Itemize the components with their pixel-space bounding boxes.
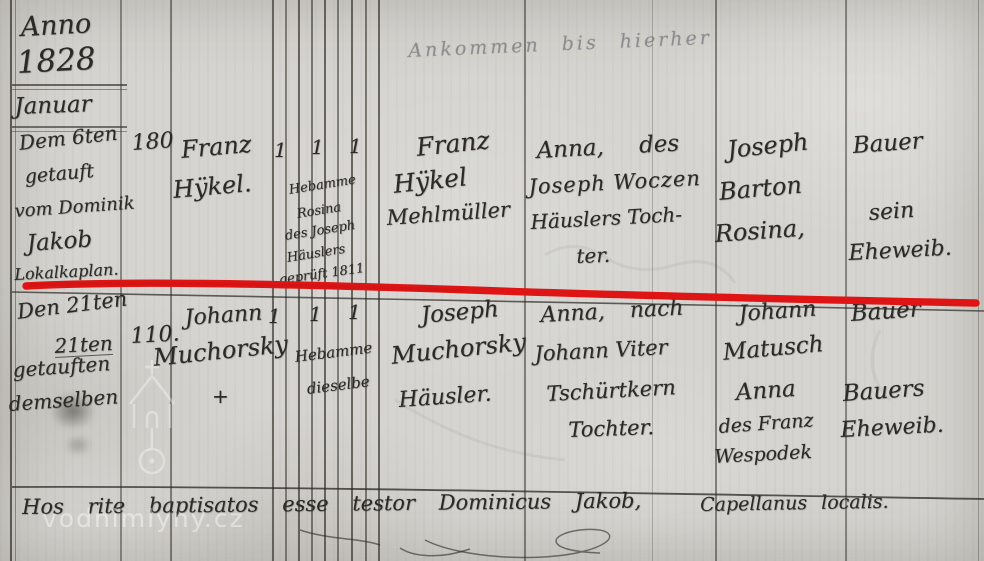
rule-tally-7 <box>351 0 353 561</box>
attestation-office: Capellanus localis. <box>700 493 889 515</box>
entry2-godparents-line4: des Franz <box>718 411 814 437</box>
rule-anno-bottom-2 <box>12 89 127 90</box>
entry1-godparents-line3: Rosina, <box>714 216 805 246</box>
rule-name-col <box>170 0 172 561</box>
entry2-tally-3: 1 <box>348 302 361 322</box>
entry2-godparents-line3: Anna <box>735 378 796 405</box>
entry1-tally-2: 1 <box>311 137 324 157</box>
entry2-midwife-line2: dieselbe <box>306 374 370 397</box>
entry1-godparents-line1: Joseph <box>726 129 809 161</box>
rule-tally-1 <box>272 0 274 561</box>
entry2-godparents-line1: Johann <box>738 299 817 326</box>
signature-flourish <box>300 529 610 557</box>
entry1-date-line4: Jakob <box>26 228 93 256</box>
entry1-mother-line3: Häuslers Toch- <box>530 204 682 232</box>
entry2-godparents-line2: Matusch <box>722 333 824 365</box>
entry2-tally-2: 1 <box>309 304 322 324</box>
entry1-house-number: 180 <box>131 130 174 155</box>
entry1-tally-1: 1 <box>274 140 287 160</box>
entry1-child-line2: Hÿkel. <box>172 171 252 202</box>
entry2-mother-line1: Anna, nach <box>540 298 684 327</box>
entry1-status-line3: Eheweib. <box>848 238 952 265</box>
entry2-mother-line4: Tochter. <box>568 417 654 441</box>
entry1-date-line2: getauft <box>24 162 95 187</box>
entry2-date-line1: Den 21ten <box>16 289 128 323</box>
entry1-father-line2: Hÿkel <box>392 164 468 197</box>
entry1-child-line1: Franz <box>180 132 252 162</box>
rule-godparent-col <box>715 0 717 561</box>
rule-father-col <box>524 0 526 561</box>
entry2-status-line3: Eheweib. <box>840 415 944 442</box>
pencil-note: Ankommen bis hierher <box>408 29 712 61</box>
entry1-godparents-line2: Barton <box>718 173 803 204</box>
entry1-date-line3: vom Dominik <box>14 195 135 221</box>
entry1-father-line3: Mehlmüller <box>386 199 511 229</box>
rule-mother-inner <box>652 0 653 561</box>
rule-anno-bottom-1 <box>12 84 127 86</box>
anno-label: Anno <box>20 10 92 41</box>
entry1-mother-line4: ter. <box>576 245 610 266</box>
entry2-date-line3: getauften <box>12 353 111 380</box>
entry2-mother-line2: Johann Viter <box>534 337 668 365</box>
entry2-child-cross-mark: + <box>212 386 229 406</box>
entry1-mother-line1: Anna, des <box>536 133 680 163</box>
entry2-father-line1: Joseph <box>420 298 500 328</box>
anno-year: 1828 <box>16 44 96 79</box>
entry1-status-line1: Bauer <box>852 130 923 158</box>
entry2-father-line2: Muchorsky <box>390 330 527 368</box>
entry2-midwife-line1: Hebamme <box>294 341 373 365</box>
entry2-tally-1: 1 <box>268 306 281 326</box>
entry2-child-line1: Johann <box>184 303 263 330</box>
entry1-midwife-line3: des Joseph <box>284 219 356 243</box>
entry2-godparents-line5: Wespodek <box>714 443 812 467</box>
entry1-status-line2: sein <box>868 200 915 225</box>
rule-status-col <box>845 0 847 561</box>
month-label: Januar <box>14 93 92 119</box>
rule-right-edge <box>978 0 979 561</box>
entry2-father-line3: Häusler. <box>398 384 492 412</box>
entry1-mother-line2: Joseph Woczen <box>528 168 701 198</box>
entry2-status-line2: Bauers <box>842 377 925 406</box>
overlay-graphics <box>0 0 984 561</box>
ink-smudge-large <box>50 392 96 430</box>
entry1-tally-3: 1 <box>349 136 362 156</box>
entry1-midwife-line2: Rosina <box>296 201 342 221</box>
rule-tally-6 <box>337 0 339 561</box>
rule-tally-9 <box>378 0 380 561</box>
entry2-mother-line3: Tschürtkern <box>546 377 676 405</box>
register-page: Anno 1828 Januar Ankommen bis hierher De… <box>0 0 984 561</box>
annotation-red-line <box>26 283 976 303</box>
entry1-date-line5: Lokalkaplan. <box>14 262 119 283</box>
rule-tally-8 <box>365 0 367 561</box>
entry2-status-line1: Bauer <box>850 298 921 326</box>
entry1-father-line1: Franz <box>415 127 491 160</box>
ink-smudge-small <box>64 434 92 456</box>
watermark-mill-icon <box>130 360 174 473</box>
watermark-site-text: vodnimlyny.cz <box>42 504 245 533</box>
